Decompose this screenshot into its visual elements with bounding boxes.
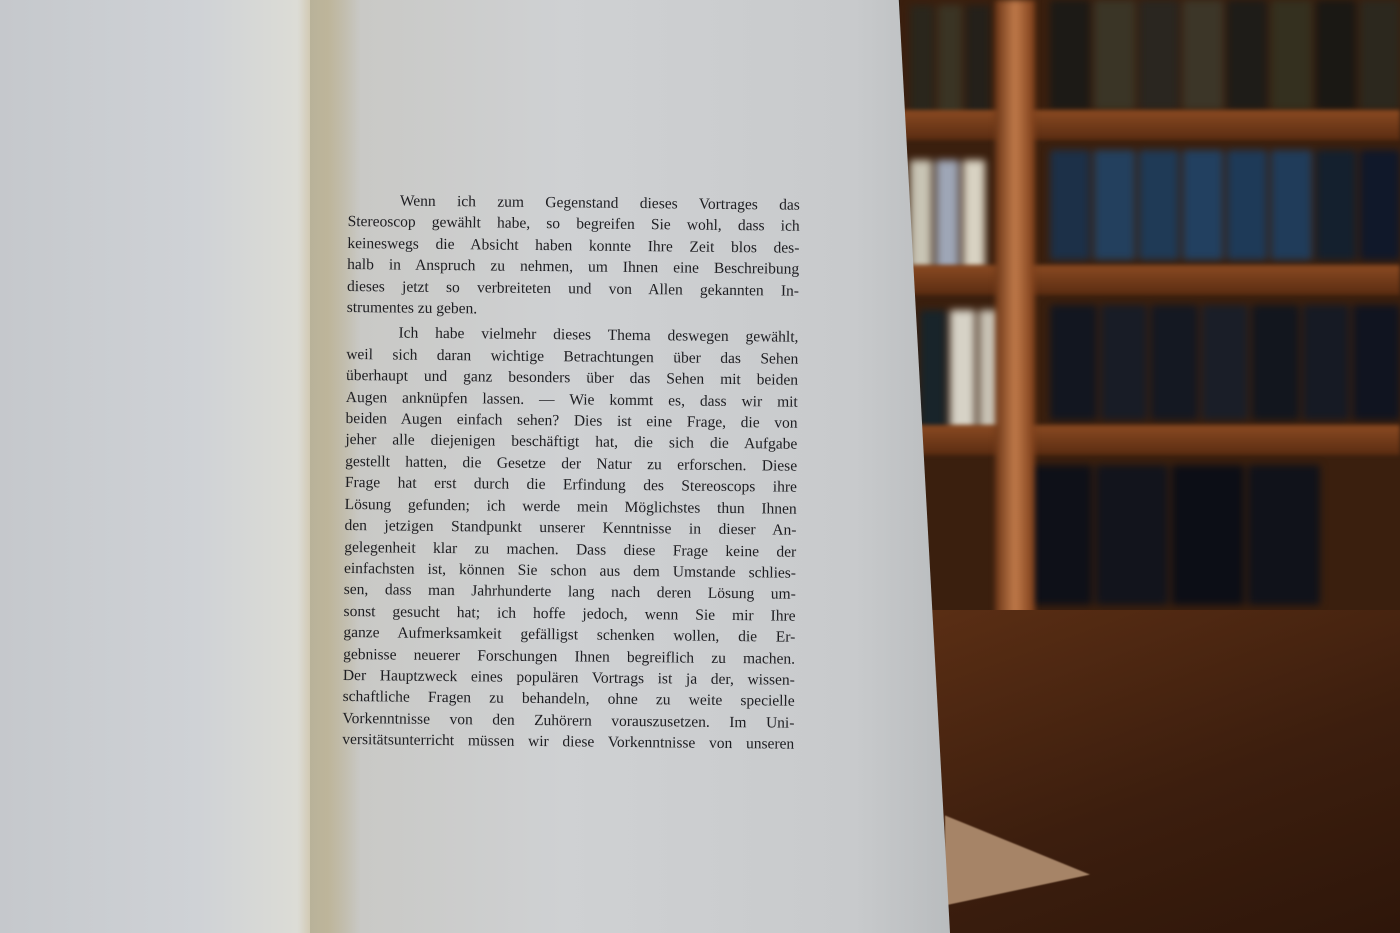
shelf-board (900, 425, 1400, 455)
books-mid-left (910, 160, 985, 270)
books-blue-row (1050, 150, 1400, 260)
photo-scene: Wenn ich zum Gegenstand dieses Vortrages… (0, 0, 1400, 933)
page-text: Wenn ich zum Gegenstand dieses Vortrages… (342, 190, 800, 755)
shelf-board (900, 110, 1400, 140)
paragraph-1: Wenn ich zum Gegenstand dieses Vortrages… (347, 190, 800, 323)
shelf-upright (995, 0, 1035, 620)
books-lower-row (1050, 305, 1400, 420)
books-bottom-row (1020, 465, 1320, 605)
shelf-board (900, 265, 1400, 295)
books-top-row (1050, 0, 1400, 110)
left-page (0, 0, 330, 933)
books-top-left (910, 5, 990, 115)
paragraph-2: Ich habe vielmehr dieses Thema deswegen … (342, 322, 798, 755)
books-lower-left (920, 310, 1005, 430)
